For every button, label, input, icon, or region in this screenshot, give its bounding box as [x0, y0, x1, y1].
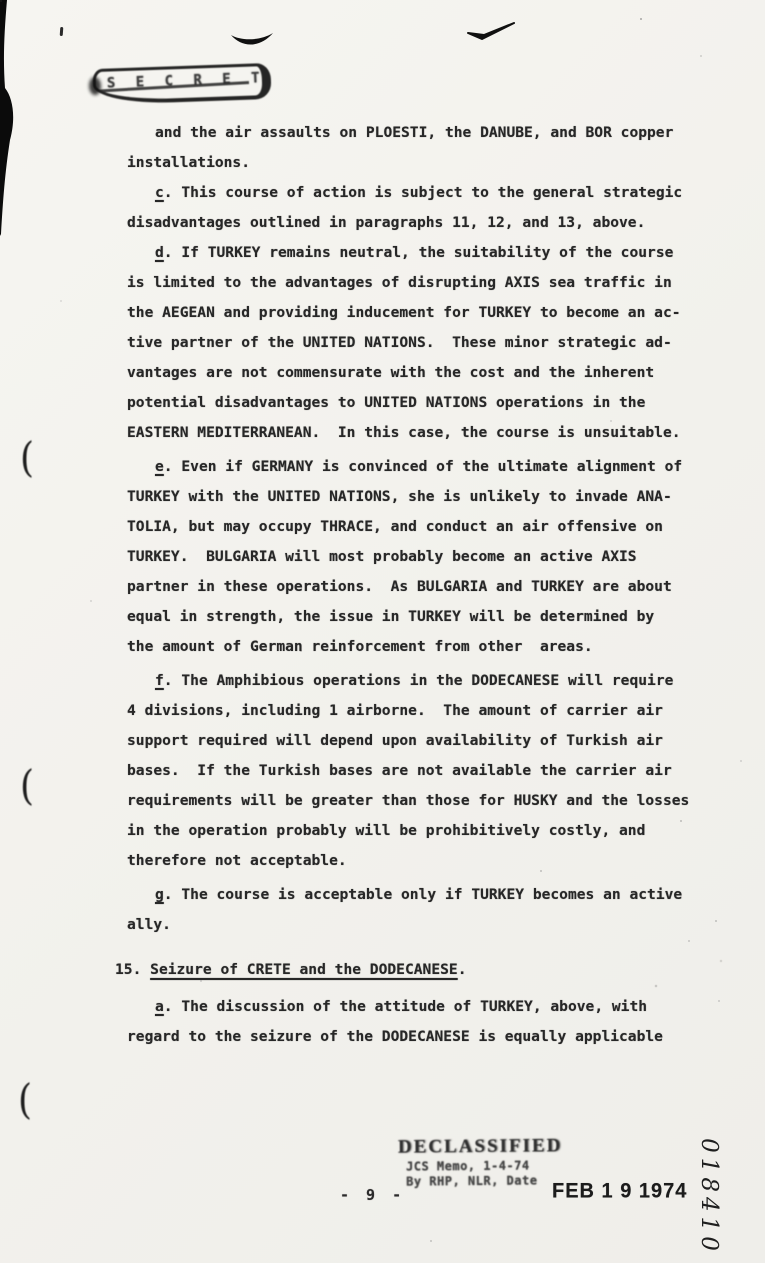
text-line: installations.: [127, 148, 712, 178]
paragraph-letter: a: [155, 998, 164, 1015]
text-segment: disadvantages outlined in paragraphs 11,…: [127, 214, 645, 231]
scan-noise: [0, 0, 2, 2]
text-segment: bases. If the Turkish bases are not avai…: [127, 762, 672, 779]
text-line: g. The course is acceptable only if TURK…: [127, 880, 712, 910]
text-segment: . The course is acceptable only if TURKE…: [164, 886, 682, 903]
text-segment: TOLIA, but may occupy THRACE, and conduc…: [127, 518, 663, 535]
text-line: therefore not acceptable.: [127, 846, 712, 876]
text-line: equal in strength, the issue in TURKEY w…: [127, 602, 712, 632]
handwritten-number-text: 018410: [696, 1137, 722, 1257]
text-segment: and the air assaults on PLOESTI, the DAN…: [155, 124, 673, 141]
text-line: and the air assaults on PLOESTI, the DAN…: [127, 118, 712, 148]
text-segment: ally.: [127, 916, 171, 933]
text-line: the AEGEAN and providing inducement for …: [127, 298, 712, 328]
text-line: tive partner of the UNITED NATIONS. Thes…: [127, 328, 712, 358]
text-segment: potential disadvantages to UNITED NATION…: [127, 394, 645, 411]
stray-tick-mark: [60, 27, 64, 36]
text-line: a. The discussion of the attitude of TUR…: [127, 992, 712, 1022]
text-segment: in the operation probably will be prohib…: [127, 822, 645, 839]
paragraph-e: e. Even if GERMANY is convinced of the u…: [127, 452, 712, 662]
text-line: 4 divisions, including 1 airborne. The a…: [127, 696, 712, 726]
crescent-mark-icon: [228, 28, 276, 48]
text-segment: installations.: [127, 154, 250, 171]
text-segment: . This course of action is subject to th…: [164, 184, 682, 201]
paragraph-letter: c: [155, 184, 164, 201]
text-line: bases. If the Turkish bases are not avai…: [127, 756, 712, 786]
text-line: in the operation probably will be prohib…: [127, 816, 712, 846]
text-segment: EASTERN MEDITERRANEAN. In this case, the…: [127, 424, 681, 441]
paragraph-g: g. The course is acceptable only if TURK…: [127, 880, 712, 940]
text-line: requirements will be greater than those …: [127, 786, 712, 816]
text-segment: vantages are not commensurate with the c…: [127, 364, 654, 381]
check-mark-icon: [466, 20, 518, 44]
text-segment: the AEGEAN and providing inducement for …: [127, 304, 681, 321]
text-line: e. Even if GERMANY is convinced of the u…: [127, 452, 712, 482]
text-line: disadvantages outlined in paragraphs 11,…: [127, 208, 712, 238]
text-line: partner in these operations. As BULGARIA…: [127, 572, 712, 602]
binding-mark: (: [20, 435, 34, 482]
section-title-period: .: [458, 961, 467, 978]
text-line: ally.: [127, 910, 712, 940]
document-body: and the air assaults on PLOESTI, the DAN…: [127, 118, 712, 1052]
text-line: regard to the seizure of the DODECANESE …: [127, 1022, 712, 1052]
text-segment: equal in strength, the issue in TURKEY w…: [127, 608, 654, 625]
section-number: 15.: [115, 961, 150, 978]
declassified-stamp-by: By RHP, NLR, Date: [406, 1173, 563, 1188]
declassified-stamp: DECLASSIFIED JCS Memo, 1-4-74 By RHP, NL…: [398, 1135, 563, 1188]
secret-classification-stamp: S E C R E T: [92, 63, 271, 105]
section-title: Seizure of CRETE and the DODECANESE: [150, 961, 458, 978]
text-segment: partner in these operations. As BULGARIA…: [127, 578, 672, 595]
text-line: TOLIA, but may occupy THRACE, and conduc…: [127, 512, 712, 542]
binding-mark: (: [20, 763, 34, 810]
paragraph-a: a. The discussion of the attitude of TUR…: [127, 992, 712, 1052]
text-line: EASTERN MEDITERRANEAN. In this case, the…: [127, 418, 712, 448]
declassified-stamp-title: DECLASSIFIED: [398, 1135, 563, 1158]
paragraph-letter: d: [155, 244, 164, 261]
continuation-paragraph: and the air assaults on PLOESTI, the DAN…: [127, 118, 712, 178]
text-segment: the amount of German reinforcement from …: [127, 638, 593, 655]
paragraph-letter: f: [155, 672, 164, 689]
text-line: TURKEY. BULGARIA will most probably beco…: [127, 542, 712, 572]
text-segment: 4 divisions, including 1 airborne. The a…: [127, 702, 663, 719]
text-line: c. This course of action is subject to t…: [127, 178, 712, 208]
scanned-document-page: ( ( ( S E C R E T and the air assaults o…: [0, 0, 765, 1263]
paragraph-c: c. This course of action is subject to t…: [127, 178, 712, 238]
text-segment: tive partner of the UNITED NATIONS. Thes…: [127, 334, 672, 351]
text-segment: is limited to the advantages of disrupti…: [127, 274, 672, 291]
text-line: f. The Amphibious operations in the DODE…: [127, 666, 712, 696]
paragraph-letter: g: [155, 886, 164, 903]
paragraph-d: d. If TURKEY remains neutral, the suitab…: [127, 238, 712, 448]
declassified-stamp-memo: JCS Memo, 1-4-74: [406, 1158, 563, 1173]
text-segment: . If TURKEY remains neutral, the suitabi…: [164, 244, 674, 261]
paragraph-letter: e: [155, 458, 164, 475]
handwritten-number: 018410: [648, 1135, 758, 1260]
text-segment: TURKEY with the UNITED NATIONS, she is u…: [127, 488, 672, 505]
text-segment: regard to the seizure of the DODECANESE …: [127, 1028, 663, 1045]
text-segment: TURKEY. BULGARIA will most probably beco…: [127, 548, 637, 565]
text-line: the amount of German reinforcement from …: [127, 632, 712, 662]
text-line: d. If TURKEY remains neutral, the suitab…: [127, 238, 712, 268]
text-segment: requirements will be greater than those …: [127, 792, 689, 809]
text-line: TURKEY with the UNITED NATIONS, she is u…: [127, 482, 712, 512]
text-line: vantages are not commensurate with the c…: [127, 358, 712, 388]
page-number: - 9 -: [340, 1186, 405, 1204]
text-line: potential disadvantages to UNITED NATION…: [127, 388, 712, 418]
binding-mark: (: [18, 1077, 32, 1124]
text-line: support required will depend upon availa…: [127, 726, 712, 756]
text-line: is limited to the advantages of disrupti…: [127, 268, 712, 298]
section-heading: 15. Seizure of CRETE and the DODECANESE.: [115, 955, 712, 985]
text-segment: therefore not acceptable.: [127, 852, 347, 869]
text-segment: support required will depend upon availa…: [127, 732, 663, 749]
text-segment: . The discussion of the attitude of TURK…: [164, 998, 647, 1015]
text-segment: . The Amphibious operations in the DODEC…: [164, 672, 674, 689]
scan-edge-artifact: [0, 0, 20, 240]
paragraph-f: f. The Amphibious operations in the DODE…: [127, 666, 712, 876]
text-segment: . Even if GERMANY is convinced of the ul…: [164, 458, 682, 475]
